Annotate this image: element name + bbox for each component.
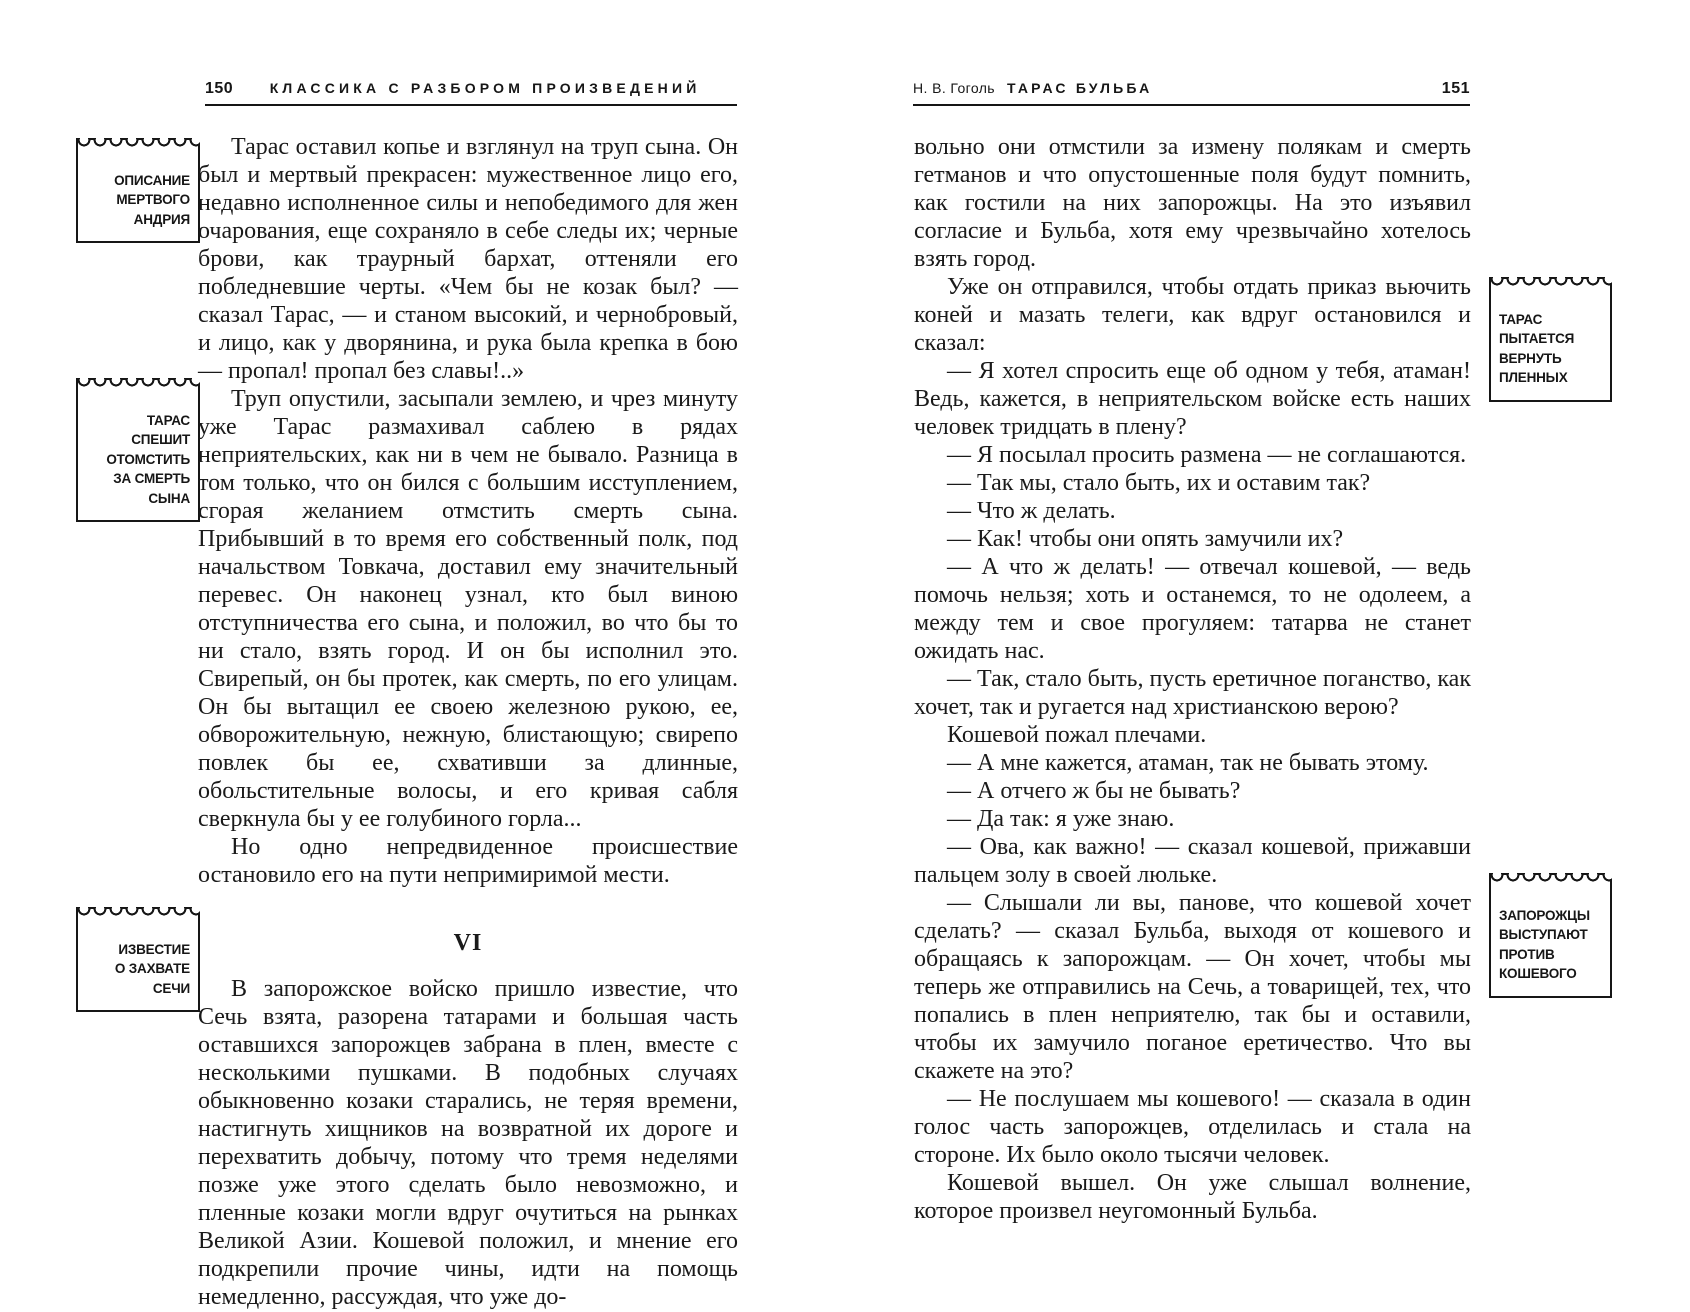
paragraph: Труп опустили, засыпали землею, и чрез м… — [198, 385, 738, 833]
margin-note-label: ИЗВЕСТИЕ О ЗАХВАТЕ СЕЧИ — [115, 942, 190, 996]
running-title-right: ТАРАС БУЛЬБА — [1007, 80, 1152, 96]
margin-note-description-of-dead-andriy: ОПИСАНИЕ МЕРТВОГО АНДРИЯ — [76, 140, 200, 243]
margin-note-label: ТАРАС ПЫТАЕТСЯ ВЕРНУТЬ ПЛЕННЫХ — [1499, 312, 1574, 386]
page-number-left: 150 — [205, 80, 233, 98]
margin-note-taras-hurries-to-avenge-son: ТАРАС СПЕШИТ ОТОМСТИТЬ ЗА СМЕРТЬ СЫНА — [76, 380, 200, 522]
paragraph: — Что ж делать. — [914, 497, 1471, 525]
paragraph: — Слышали ли вы, панове, что кошевой хоч… — [914, 889, 1471, 1085]
paragraph: Тарас оставил копье и взглянул на труп с… — [198, 133, 738, 385]
paragraph: — А отчего ж бы не бывать? — [914, 777, 1471, 805]
paragraph: — Так, стало быть, пусть еретичное поган… — [914, 665, 1471, 721]
paragraph: Но одно непредвиденное происшествие оста… — [198, 833, 738, 889]
running-head-right: Н. В. Гоголь ТАРАС БУЛЬБА 151 — [913, 80, 1470, 102]
margin-note-label: ОПИСАНИЕ МЕРТВОГО АНДРИЯ — [114, 173, 190, 227]
header-rule-left — [205, 104, 737, 106]
paragraph: — Да так: я уже знаю. — [914, 805, 1471, 833]
paragraph: Уже он отправился, чтобы отдать приказ в… — [914, 273, 1471, 357]
margin-note-news-of-sich-capture: ИЗВЕСТИЕ О ЗАХВАТЕ СЕЧИ — [76, 909, 200, 1012]
paragraph: — Не послушаем мы кошевого! — сказала в … — [914, 1085, 1471, 1169]
margin-note-label: ТАРАС СПЕШИТ ОТОМСТИТЬ ЗА СМЕРТЬ СЫНА — [106, 413, 190, 506]
paragraph: — Ова, как важно! — сказал кошевой, приж… — [914, 833, 1471, 889]
paragraph: Кошевой вышел. Он уже слышал волнение, к… — [914, 1169, 1471, 1225]
paragraph: — Я хотел спросить еще об одном у тебя, … — [914, 357, 1471, 441]
running-title-left: КЛАССИКА С РАЗБОРОМ ПРОИЗВЕДЕНИЙ — [233, 80, 737, 96]
paragraph: В запорожское войско пришло известие, чт… — [198, 975, 738, 1311]
text-column-left: Тарас оставил копье и взглянул на труп с… — [198, 133, 738, 1311]
paragraph: — Так мы, стало быть, их и оставим так? — [914, 469, 1471, 497]
paragraph: Кошевой пожал плечами. — [914, 721, 1471, 749]
paragraph: вольно они отмстили за измену полякам и … — [914, 133, 1471, 273]
margin-note-zaporozhians-oppose-koshevoi: ЗАПОРОЖЦЫ ВЫСТУПАЮТ ПРОТИВ КОШЕВОГО — [1489, 875, 1612, 998]
paragraph: — Как! чтобы они опять замучили их? — [914, 525, 1471, 553]
margin-note-label: ЗАПОРОЖЦЫ ВЫСТУПАЮТ ПРОТИВ КОШЕВОГО — [1499, 908, 1590, 982]
paragraph: — Я посылал просить размена — не соглаша… — [914, 441, 1471, 469]
chapter-heading: VI — [198, 929, 738, 957]
header-rule-right — [913, 104, 1470, 106]
book-spread: { "colors": { "ink": "#1a1a1a", "paper":… — [0, 0, 1690, 1312]
page-number-right: 151 — [1442, 80, 1470, 98]
running-author: Н. В. Гоголь — [913, 80, 995, 96]
running-head-left: 150 КЛАССИКА С РАЗБОРОМ ПРОИЗВЕДЕНИЙ — [205, 80, 737, 102]
text-column-right: вольно они отмстили за измену полякам и … — [914, 133, 1471, 1225]
paragraph: — А мне кажется, атаман, так не бывать э… — [914, 749, 1471, 777]
paragraph: — А что ж делать! — отвечал кошевой, — в… — [914, 553, 1471, 665]
margin-note-taras-tries-to-return-captives: ТАРАС ПЫТАЕТСЯ ВЕРНУТЬ ПЛЕННЫХ — [1489, 279, 1612, 402]
